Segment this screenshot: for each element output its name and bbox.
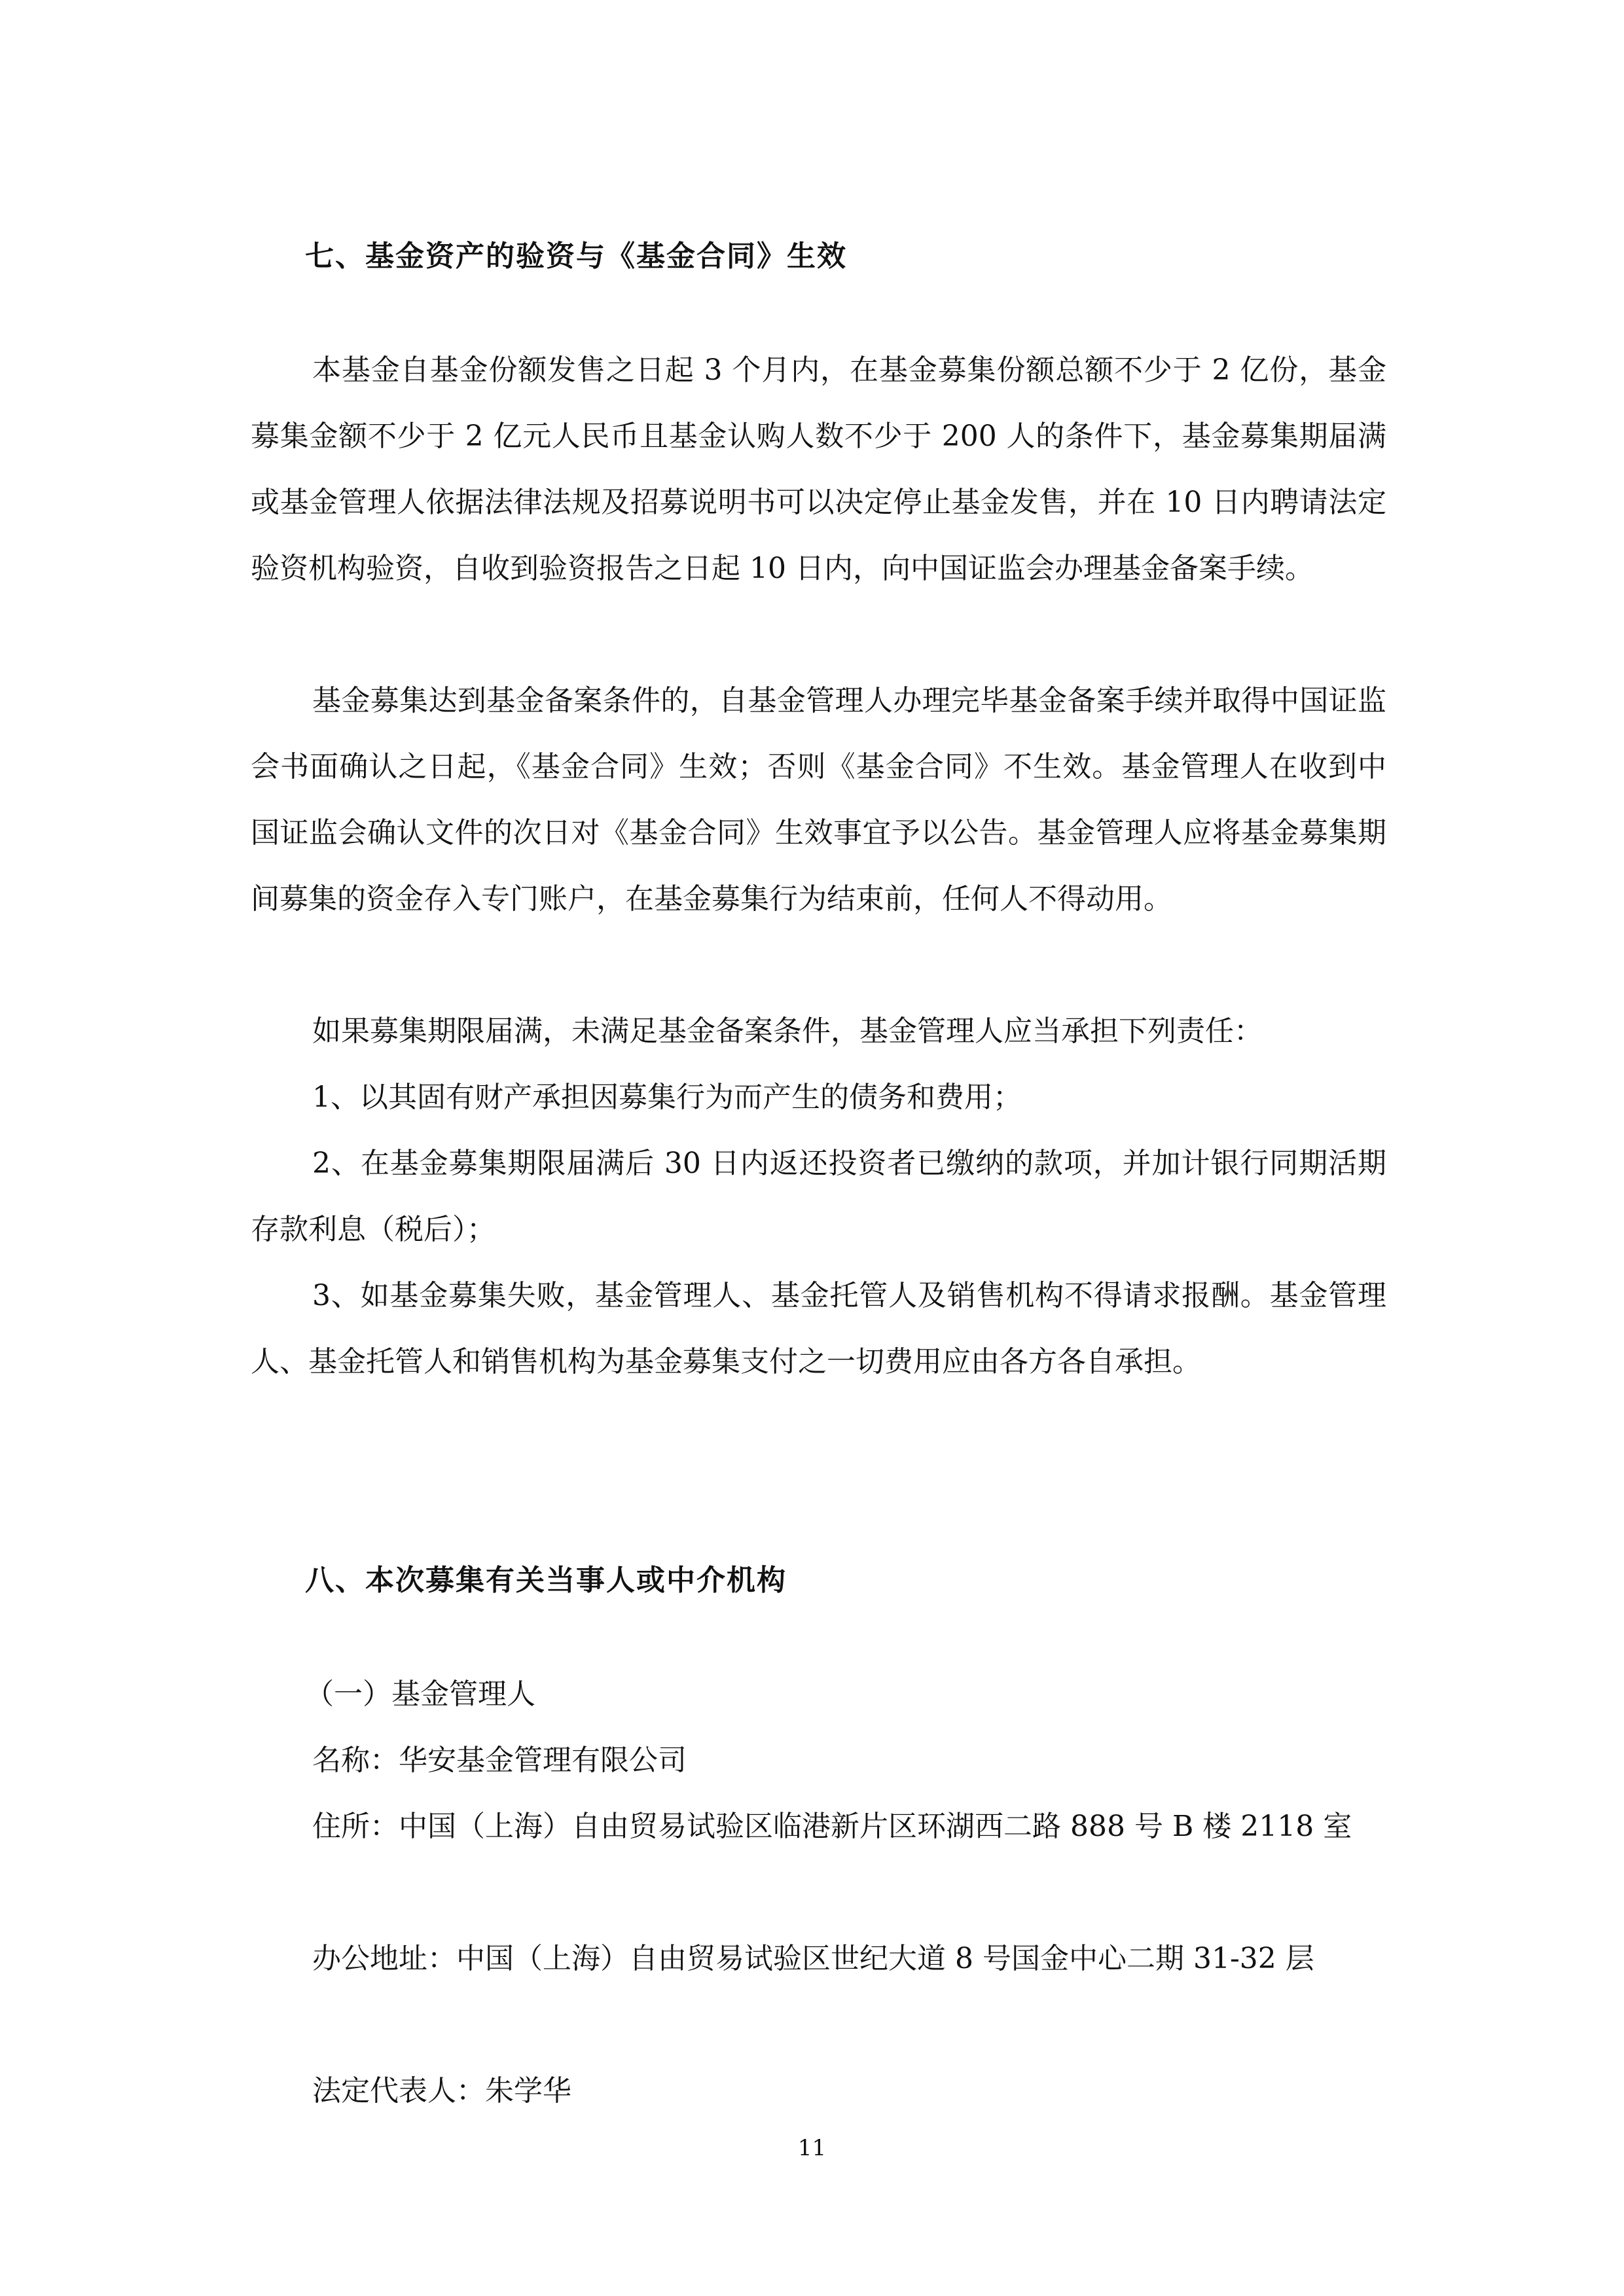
document-page: 七、基金资产的验资与《基金合同》生效 本基金自基金份额发售之日起 3 个月内，在…: [0, 0, 1624, 2296]
section-7-heading: 七、基金资产的验资与《基金合同》生效: [305, 232, 847, 274]
manager-registered-address: 住所：中国（上海）自由贸易试验区临港新片区环湖西二路 888 号 B 楼 211…: [251, 1793, 1386, 1859]
subheading-fund-manager: （一）基金管理人: [305, 1661, 1385, 1727]
manager-name: 名称：华安基金管理有限公司: [251, 1727, 1386, 1793]
paragraph-failure-liability: 如果募集期限届满，未满足基金备案条件，基金管理人应当承担下列责任：: [251, 998, 1386, 1064]
page-number: 11: [0, 2135, 1624, 2161]
section-8-heading: 八、本次募集有关当事人或中介机构: [305, 1556, 787, 1598]
paragraph-contract-effective: 基金募集达到基金备案条件的，自基金管理人办理完毕基金备案手续并取得中国证监会书面…: [251, 668, 1386, 932]
liability-item-3: 3、如基金募集失败，基金管理人、基金托管人及销售机构不得请求报酬。基金管理人、基…: [251, 1263, 1386, 1395]
paragraph-fund-raising-conditions: 本基金自基金份额发售之日起 3 个月内，在基金募集份额总额不少于 2 亿份，基金…: [251, 337, 1386, 601]
liability-item-2: 2、在基金募集期限届满后 30 日内返还投资者已缴纳的款项，并加计银行同期活期存…: [251, 1130, 1386, 1263]
manager-office-address: 办公地址：中国（上海）自由贸易试验区世纪大道 8 号国金中心二期 31-32 层: [251, 1926, 1386, 1992]
liability-item-1: 1、以其固有财产承担因募集行为而产生的债务和费用；: [251, 1064, 1386, 1130]
manager-legal-representative: 法定代表人：朱学华: [251, 2058, 1386, 2124]
